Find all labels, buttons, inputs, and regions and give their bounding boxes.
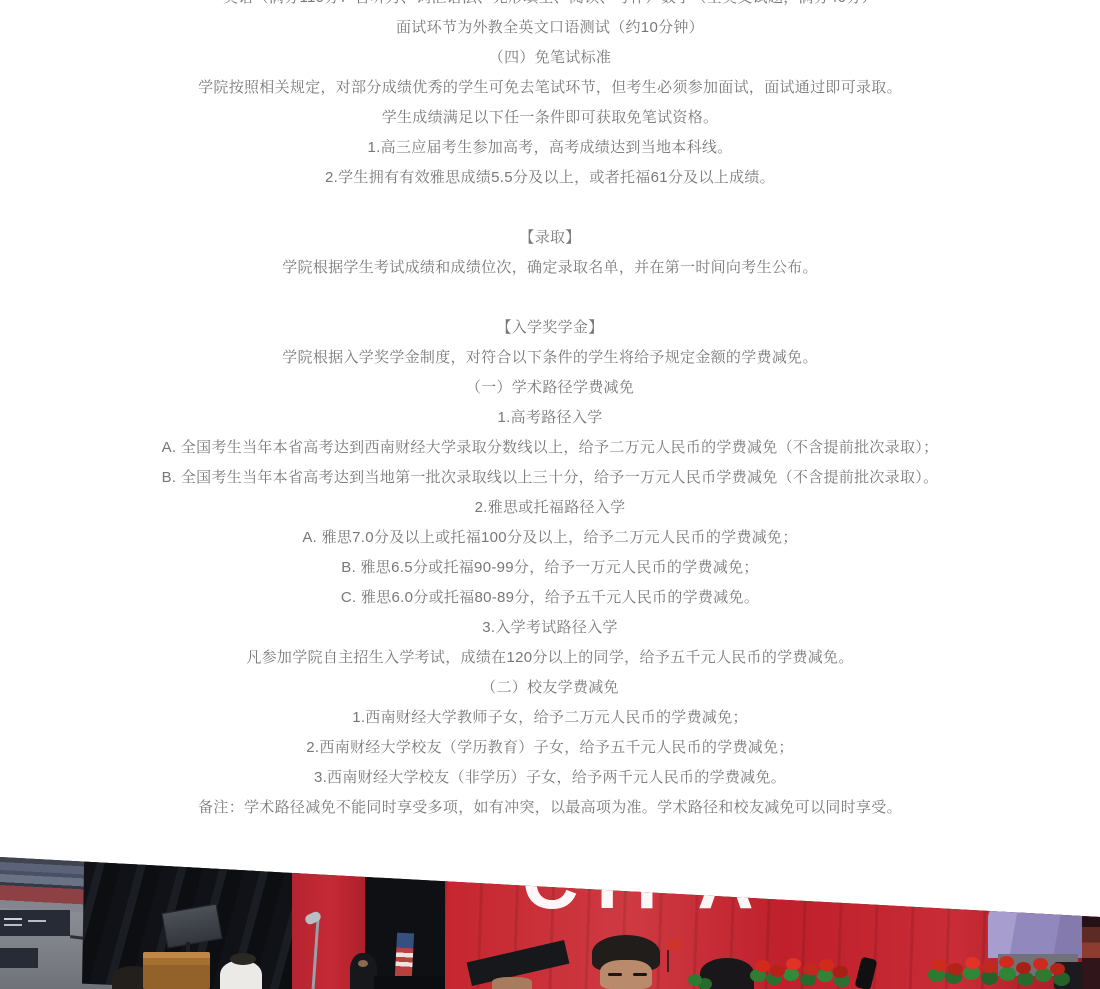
hanging-flag	[395, 933, 414, 978]
body-line: A. 全国考生当年本省高考达到西南财经大学录取分数线以上，给予二万元人民币的学费…	[0, 433, 1100, 463]
graduate-face	[492, 977, 532, 989]
person-in-purple-shirt	[988, 904, 1088, 958]
body-line-clipped: 英语（满分110分：含听力、词汇语法、完形填空、阅读、写作）数学（全英文试题，满…	[0, 0, 1100, 13]
stage-equipment	[374, 976, 447, 989]
body-line: 学院根据学生考试成绩和成绩位次，确定录取名单，并在第一时间向考生公布。	[0, 253, 1100, 283]
subsection-heading: （四）免笔试标准	[0, 43, 1100, 73]
section-heading-admission: 【录取】	[0, 223, 1100, 253]
body-line: 学院根据入学奖学金制度，对符合以下条件的学生将给予规定金额的学费减免。	[0, 343, 1100, 373]
body-line: 凡参加学院自主招生入学考试，成绩在120分以上的同学，给予五千元人民币的学费减免…	[0, 643, 1100, 673]
student-eyebrows	[608, 973, 622, 976]
body-line: 1.西南财经大学教师子女，给予二万元人民币的学费减免；	[0, 703, 1100, 733]
page: 英语（满分110分：含听力、词汇语法、完形填空、阅读、写作）数学（全英文试题，满…	[0, 0, 1100, 989]
wall-banner	[0, 948, 38, 968]
graduation-photo: CIFA	[0, 856, 1100, 989]
section-heading-scholarship: 【入学奖学金】	[0, 313, 1100, 343]
person-in-black-face	[358, 960, 368, 967]
subsection-heading: （一）学术路径学费减免	[0, 373, 1100, 403]
body-line: 2.雅思或托福路径入学	[0, 493, 1100, 523]
body-line: A. 雅思7.0分及以上或托福100分及以上，给予二万元人民币的学费减免；	[0, 523, 1100, 553]
banner-text-blur	[4, 918, 22, 920]
body-line: B. 全国考生当年本省高考达到当地第一批次录取线以上三十分，给予一万元人民币学费…	[0, 463, 1100, 493]
person-in-white-hair	[230, 953, 256, 965]
flower-leaves	[688, 974, 702, 986]
body-line: 3.入学考试路径入学	[0, 613, 1100, 643]
wall-banner	[0, 910, 70, 936]
right-edge-strip	[1082, 886, 1100, 989]
body-line: 2.学生拥有有效雅思成绩5.5分及以上，或者托福61分及以上成绩。	[0, 163, 1100, 193]
remark-line: 备注：学术路径减免不能同时享受多项，如有冲突，以最高项为准。学术路径和校友减免可…	[0, 793, 1100, 823]
person-in-black	[350, 953, 377, 989]
wooden-podium	[143, 952, 210, 989]
body-line: 面试环节为外教全英文口语测试（约10分钟）	[0, 13, 1100, 43]
body-line: 3.西南财经大学校友（非学历）子女，给予两千元人民币的学费减免。	[0, 763, 1100, 793]
body-line: C. 雅思6.0分或托福80-89分，给予五千元人民币的学费减免。	[0, 583, 1100, 613]
body-line: 2.西南财经大学校友（学历教育）子女，给予五千元人民币的学费减免；	[0, 733, 1100, 763]
body-line: 1.高考路径入学	[0, 403, 1100, 433]
body-line: 学生成绩满足以下任一条件即可获取免笔试资格。	[0, 103, 1100, 133]
subsection-heading: （二）校友学费减免	[0, 673, 1100, 703]
backdrop-letters-partial: CIFA	[522, 856, 922, 920]
admissions-article: 英语（满分110分：含听力、词汇语法、完形填空、阅读、写作）数学（全英文试题，满…	[0, 0, 1100, 823]
body-line: B. 雅思6.5分或托福90-99分，给予一万元人民币的学费减免；	[0, 553, 1100, 583]
body-line: 1.高三应届考生参加高考，高考成绩达到当地本科线。	[0, 133, 1100, 163]
red-flowers	[932, 959, 947, 971]
body-line: 学院按照相关规定，对部分成绩优秀的学生可免去笔试环节，但考生必须参加面试，面试通…	[0, 73, 1100, 103]
red-flowers	[755, 960, 770, 972]
graduate-head	[700, 958, 754, 989]
small-red-flag	[667, 940, 681, 950]
